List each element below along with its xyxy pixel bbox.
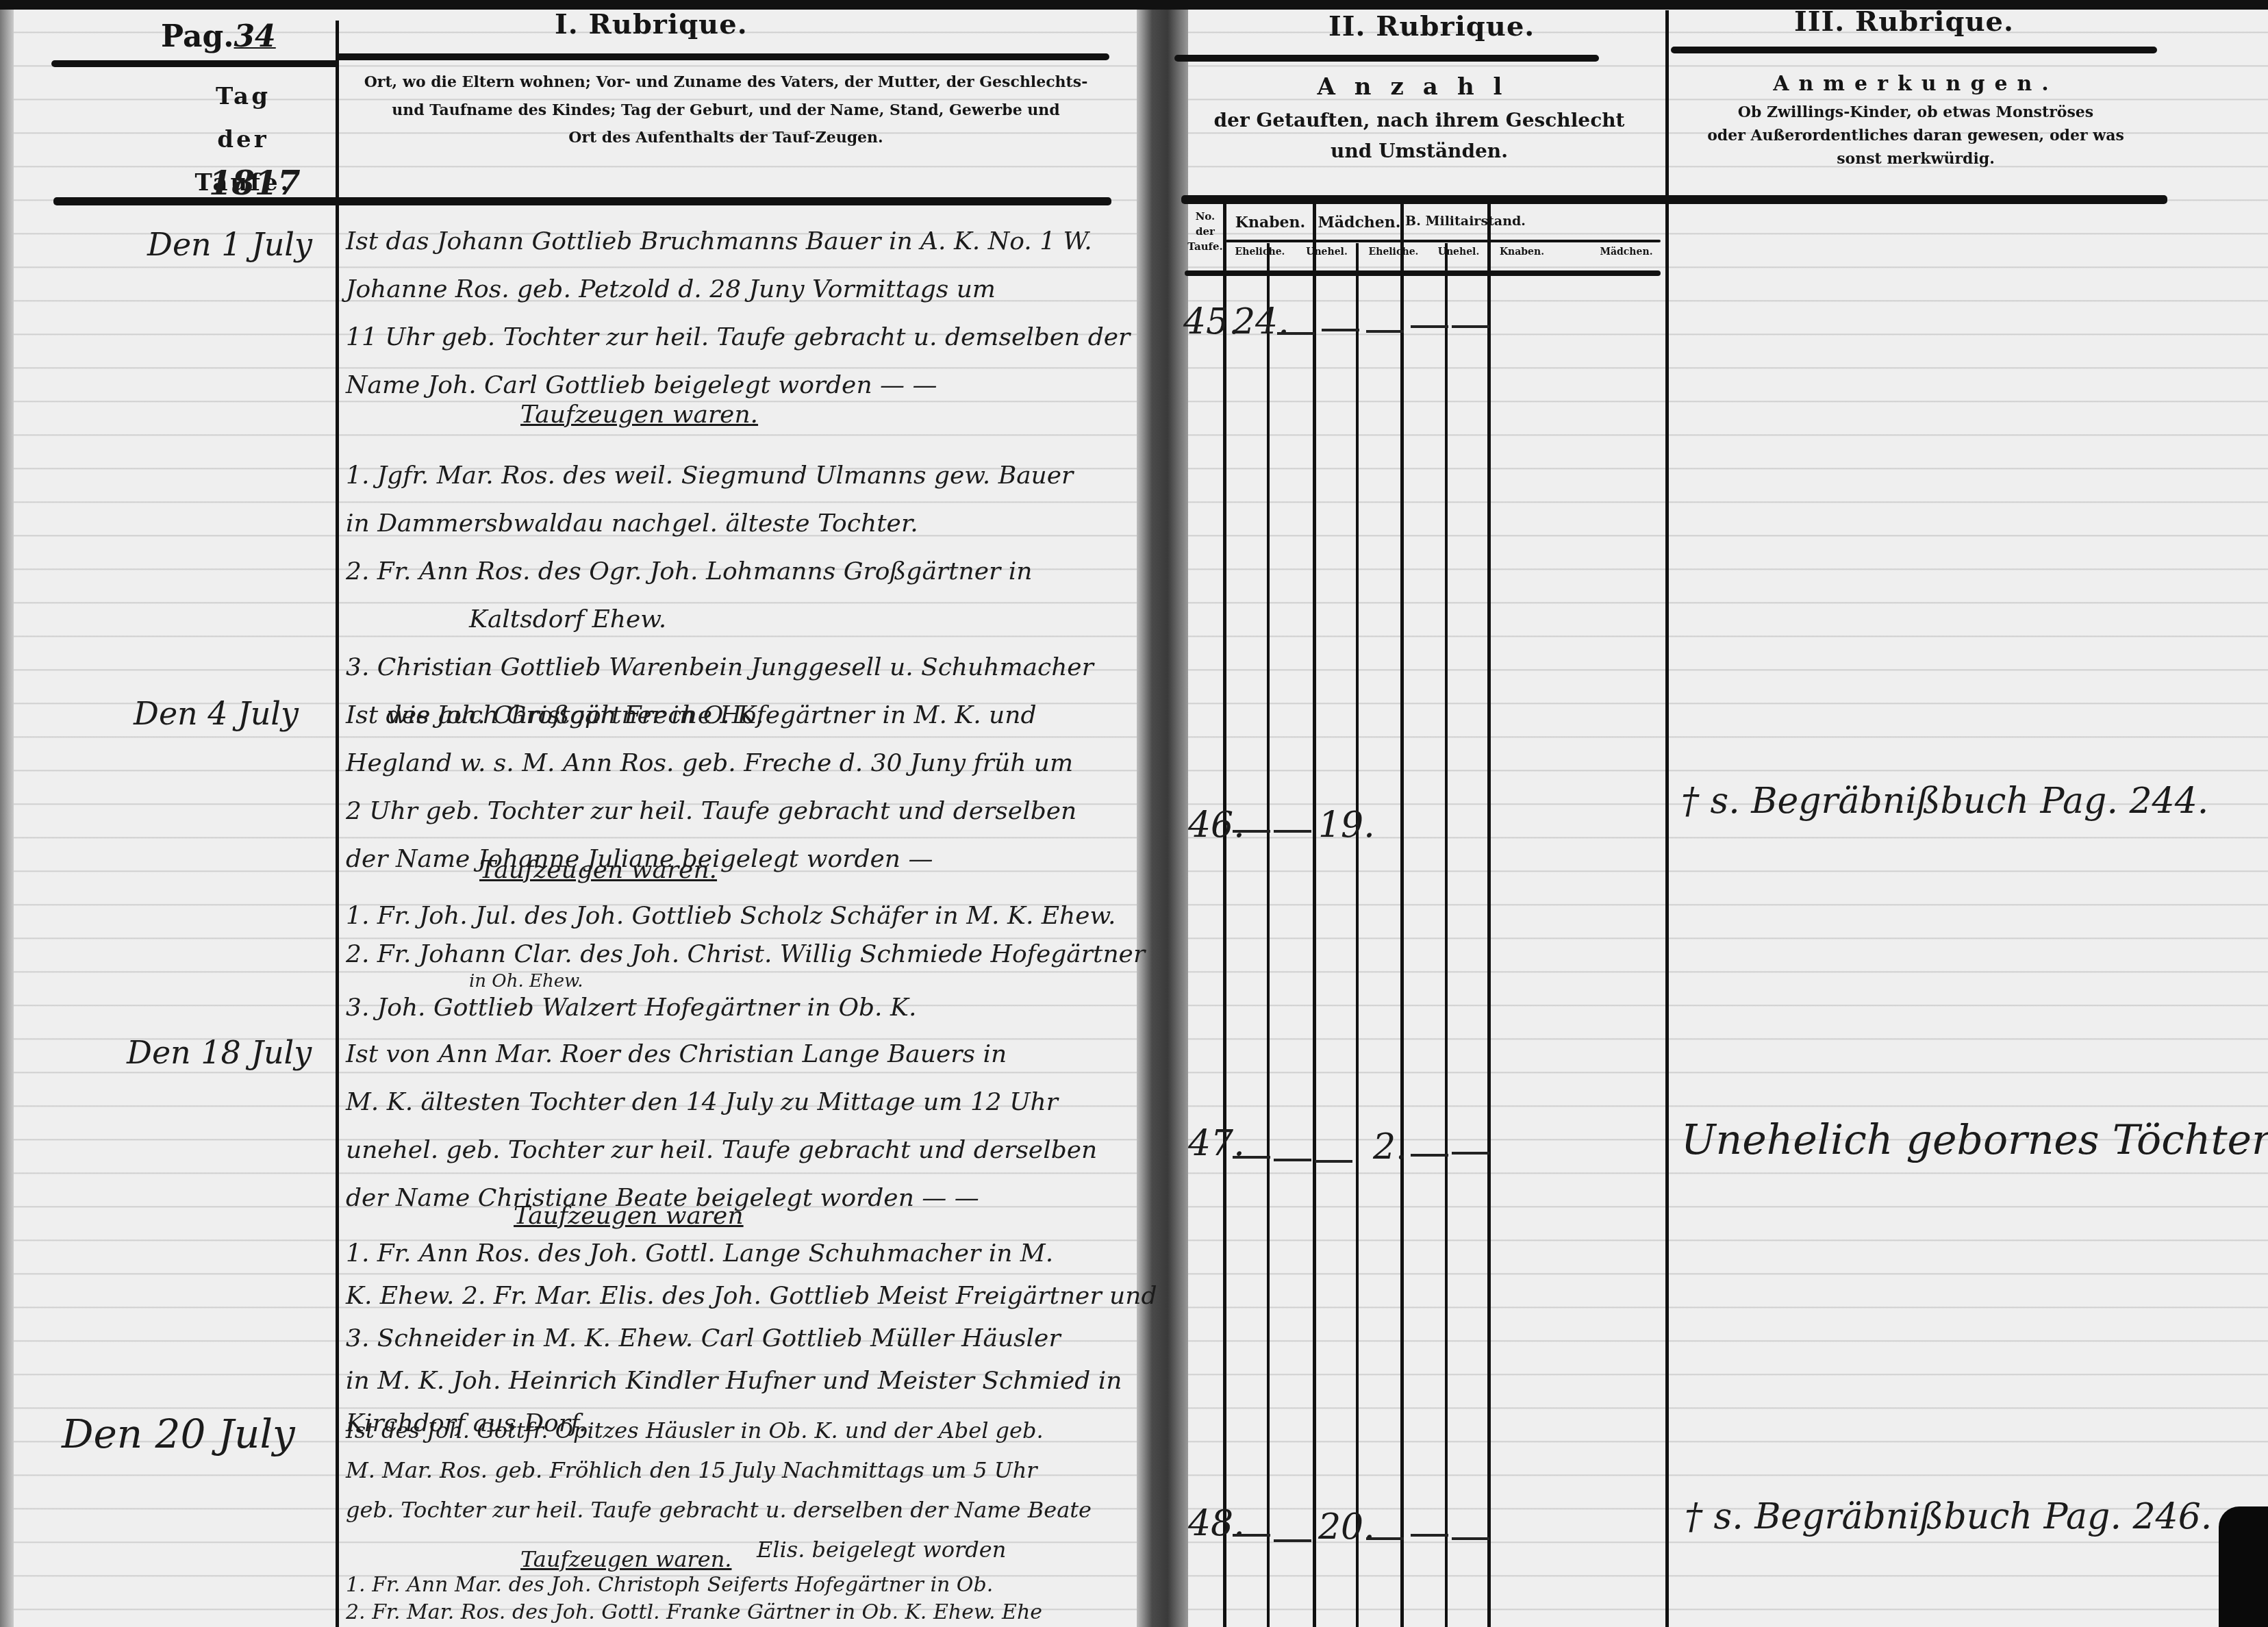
col-maedchen-unehel: Unehel. — [1431, 247, 1486, 257]
col-mil-knaben: Knaben. — [1493, 247, 1551, 257]
empty-dash — [1233, 1156, 1270, 1159]
header-line: Taufe. — [1185, 239, 1226, 254]
entry-line: Ist das Johann Gottlieb Bruchmanns Bauer… — [346, 218, 1130, 266]
header-line: der — [1185, 224, 1226, 239]
header-rule — [1174, 55, 1599, 62]
page-number-value: 34 — [234, 19, 276, 54]
witness-heading: Taufzeugen waren. — [520, 401, 758, 429]
empty-dash — [1366, 1537, 1404, 1540]
witness-line: 1. Fr. Ann Ros. des Joh. Gottl. Lange Sc… — [346, 1233, 1157, 1275]
page-label: Pag. — [161, 19, 234, 54]
header-line: Tag — [171, 75, 315, 118]
remark-text: † s. Begräbnißbuch Pag. 244. — [1681, 781, 2208, 822]
date-column-divider — [336, 21, 339, 1627]
empty-dash — [1233, 1534, 1270, 1537]
baptism-number: 46. — [1188, 805, 1245, 846]
entry-date: Den 18 July — [127, 1034, 312, 1071]
header-rule — [51, 60, 339, 67]
empty-dash — [1411, 325, 1448, 328]
entry-line: M. K. ältesten Tochter den 14 July zu Mi… — [346, 1079, 1097, 1126]
description-line: Ort, wo die Eltern wohnen; Vor- und Zuna… — [339, 68, 1113, 97]
witness-line: 2. Fr. Ann Ros. des Ogr. Joh. Lohmanns G… — [346, 548, 1094, 596]
empty-dash — [1274, 1159, 1311, 1161]
rubric-2-description: Anzahl der Getauften, nach ihrem Geschle… — [1174, 68, 1664, 167]
col-maedchen-ehel: Eheliche. — [1359, 247, 1428, 257]
column-divider — [1267, 243, 1270, 1627]
entry-line: Johanne Ros. geb. Petzold d. 28 Juny Vor… — [346, 266, 1130, 314]
witness-line: 2. Fr. Johann Clar. des Joh. Christ. Wil… — [346, 935, 1145, 974]
entry-line: 2 Uhr geb. Tochter zur heil. Taufe gebra… — [346, 787, 1076, 835]
empty-dash — [1411, 1534, 1448, 1537]
entry-line: Ist des Joh. Christoph Freche Hofegärtne… — [346, 692, 1076, 740]
rubric-1-description: Ort, wo die Eltern wohnen; Vor- und Zuna… — [339, 68, 1113, 152]
empty-dash — [1452, 325, 1489, 328]
col-no-header: No. der Taufe. — [1185, 209, 1226, 254]
rubric-3-divider — [1665, 10, 1669, 1627]
witness-line: K. Ehew. 2. Fr. Mar. Elis. des Joh. Gott… — [346, 1275, 1157, 1317]
entry-line: Ist von Ann Mar. Roer des Christian Lang… — [346, 1031, 1097, 1079]
empty-dash — [1274, 830, 1311, 833]
page-edge — [0, 0, 14, 1627]
col-knaben-ehel: Eheliche. — [1226, 247, 1294, 257]
witness-line: in Dammersbwaldau nachgel. älteste Tocht… — [346, 500, 1094, 548]
column-divider — [1356, 243, 1359, 1627]
entry-text: Ist des Joh. Christoph Freche Hofegärtne… — [346, 692, 1076, 883]
witness-list: 1. Fr. Joh. Jul. des Joh. Gottlieb Schol… — [346, 897, 1145, 1027]
description-line: sonst merkwürdig. — [1671, 147, 2160, 171]
maedchen-unehelich-count: 2. — [1373, 1126, 1407, 1168]
rubric-3-heading: Anmerkungen. — [1671, 68, 2160, 101]
column-divider — [1445, 243, 1448, 1627]
witness-line: 1. Fr. Ann Mar. des Joh. Christoph Seife… — [346, 1572, 1042, 1599]
rubric-3-title: III. Rubrique. — [1794, 5, 2014, 38]
col-maedchen-header: Mädchen. — [1315, 214, 1404, 231]
col-knaben-unehel: Unehel. — [1301, 247, 1352, 257]
rubric-2-heading: Anzahl — [1174, 68, 1664, 105]
entry-line: Ist des Joh. Gottfr. Opitzes Häusler in … — [346, 1411, 1092, 1450]
baptism-number: 45. — [1183, 301, 1240, 342]
rubric-1-title: I. Rubrique. — [555, 8, 748, 40]
knaben-ehelich-count: 24. — [1233, 301, 1289, 342]
witness-line: in Oh. Ehew. — [346, 974, 1145, 989]
witness-list: 1. Fr. Ann Mar. des Joh. Christoph Seife… — [346, 1572, 1042, 1626]
witness-line: 3. Schneider in M. K. Ehew. Carl Gottlie… — [346, 1317, 1157, 1360]
description-line: oder Außerordentliches daran gewesen, od… — [1671, 124, 2160, 147]
empty-dash — [1366, 330, 1404, 333]
entry-date: Den 20 July — [62, 1411, 295, 1457]
witness-line: in M. K. Joh. Heinrich Kindler Hufner un… — [346, 1360, 1157, 1402]
description-line: Ort des Aufenthalts der Tauf-Zeugen. — [339, 124, 1113, 152]
empty-dash — [1315, 1160, 1352, 1163]
maedchen-ehelich-count: 20. — [1318, 1506, 1375, 1548]
description-line: der Getauften, nach ihrem Geschlecht — [1174, 105, 1664, 136]
empty-dash — [1452, 1537, 1489, 1540]
entry-line: unehel. geb. Tochter zur heil. Taufe geb… — [346, 1126, 1097, 1174]
column-divider — [1313, 204, 1316, 1627]
column-divider — [1400, 204, 1404, 1627]
entry-line: geb. Tochter zur heil. Taufe gebracht u.… — [346, 1490, 1092, 1530]
witness-line: 2. Fr. Mar. Ros. des Joh. Gottl. Franke … — [346, 1599, 1042, 1626]
header-bottom-rule — [1181, 195, 2167, 204]
maedchen-ehelich-count: 19. — [1318, 805, 1375, 846]
header-bottom-rule — [53, 197, 1111, 205]
entry-line: 11 Uhr geb. Tochter zur heil. Taufe gebr… — [346, 314, 1130, 362]
remark-text: † s. Begräbnißbuch Pag. 246. — [1685, 1496, 2212, 1537]
entry-text: Ist das Johann Gottlieb Bruchmanns Bauer… — [346, 218, 1130, 409]
empty-dash — [1277, 332, 1315, 335]
empty-dash — [1322, 329, 1359, 331]
witness-heading: Taufzeugen waren — [514, 1202, 744, 1230]
header-rule — [1671, 47, 2157, 53]
col-knaben-header: Knaben. — [1226, 214, 1315, 231]
subheader-rule — [1226, 240, 1661, 242]
col-mil-maedchen: Mädchen. — [1596, 247, 1657, 257]
column-divider — [1223, 204, 1226, 1627]
page-number: Pag.34 — [161, 19, 276, 54]
witness-line: 3. Christian Gottlieb Warenbein Junggese… — [346, 644, 1094, 692]
rubric-3-description: Anmerkungen. Ob Zwillings-Kinder, ob etw… — [1671, 68, 2160, 171]
witness-line: Kaltsdorf Ehew. — [346, 596, 1094, 644]
empty-dash — [1274, 1539, 1311, 1542]
subheader-bottom-rule — [1185, 270, 1661, 276]
description-line: Ob Zwillings-Kinder, ob etwas Monströses — [1671, 101, 2160, 124]
header-rule — [336, 53, 1109, 60]
empty-dash — [1233, 830, 1270, 833]
witness-heading: Taufzeugen waren. — [520, 1546, 731, 1572]
entry-line: Hegland w. s. M. Ann Ros. geb. Freche d.… — [346, 740, 1076, 787]
description-line: und Taufname des Kindes; Tag der Geburt,… — [339, 97, 1113, 125]
witness-heading: Taufzeugen waren. — [479, 856, 717, 884]
entry-date: Den 1 July — [147, 226, 312, 263]
entry-line: M. Mar. Ros. geb. Fröhlich den 15 July N… — [346, 1450, 1092, 1490]
entry-date: Den 4 July — [134, 695, 299, 732]
remark-text: Unehelich gebornes Töchterl. — [1681, 1116, 2268, 1164]
scan-artifact — [2219, 1506, 2268, 1627]
witness-line: 1. Jgfr. Mar. Ros. des weil. Siegmund Ul… — [346, 452, 1094, 500]
column-divider — [1487, 204, 1491, 1627]
baptism-number: 48. — [1188, 1503, 1245, 1544]
col-militair-header: B. Militairstand. — [1404, 214, 1527, 229]
rubric-2-title: II. Rubrique. — [1328, 10, 1535, 42]
witness-line: 3. Joh. Gottlieb Walzert Hofegärtner in … — [346, 989, 1145, 1027]
empty-dash — [1452, 1152, 1489, 1155]
header-line: No. — [1185, 209, 1226, 224]
witness-line: 1. Fr. Joh. Jul. des Joh. Gottlieb Schol… — [346, 897, 1145, 935]
description-line: und Umständen. — [1174, 136, 1664, 167]
empty-dash — [1411, 1154, 1448, 1157]
entry-text: Ist von Ann Mar. Roer des Christian Lang… — [346, 1031, 1097, 1222]
